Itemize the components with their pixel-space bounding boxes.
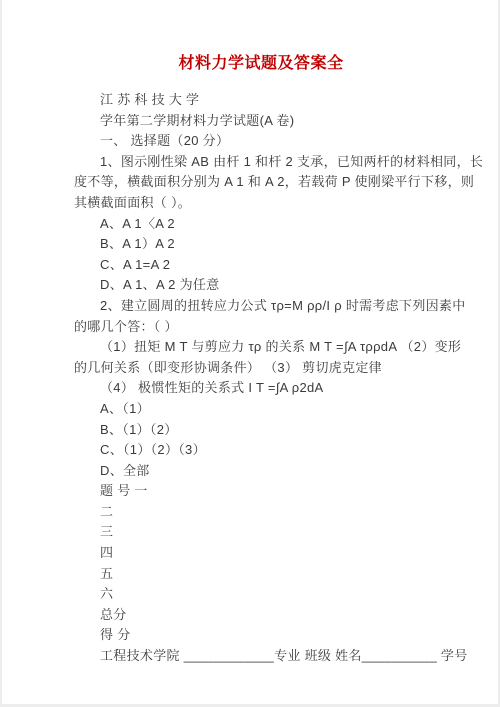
text-line: （1）扭矩 M T 与剪应力 τρ 的关系 M T =∫A τρρdA （2）变… — [74, 337, 448, 358]
text-line: D、全部 — [74, 461, 448, 482]
text-line: A、（1） — [74, 399, 448, 420]
text-line: 学年第二学期材料力学试题(A 卷) — [74, 111, 448, 132]
text-line: 的几何关系（即变形协调条件） （3） 剪切虎克定律 — [74, 358, 448, 379]
text-line: A、A 1〈A 2 — [74, 214, 448, 235]
text-line: 五 — [74, 564, 448, 585]
text-line: 四 — [74, 543, 448, 564]
text-line: 1、图示刚性梁 AB 由杆 1 和杆 2 支承，已知两杆的材料相同，长 — [74, 152, 448, 173]
text-line: B、A 1）A 2 — [74, 234, 448, 255]
text-line: 六 — [74, 584, 448, 605]
text-line: C、（1）（2）（3） — [74, 440, 448, 461]
text-line: 的哪几个答：（ ） — [74, 317, 448, 338]
text-line: 其横截面面积（ ）。 — [74, 193, 448, 214]
text-line: C、A 1=A 2 — [74, 255, 448, 276]
page: 材料力学试题及答案全 江 苏 科 技 大 学学年第二学期材料力学试题(A 卷)一… — [2, 0, 498, 704]
text-line: 江 苏 科 技 大 学 — [74, 90, 448, 111]
text-line: B、（1）（2） — [74, 420, 448, 441]
text-line: 三 — [74, 522, 448, 543]
document-title: 材料力学试题及答案全 — [74, 50, 448, 73]
text-line: D、A 1、A 2 为任意 — [74, 275, 448, 296]
text-line: （4） 极惯性矩的关系式 I T =∫A ρ2dA — [74, 378, 448, 399]
text-line: 度不等，横截面积分别为 A 1 和 A 2，若载荷 P 使刚梁平行下移，则 — [74, 172, 448, 193]
text-line: 题 号 一 — [74, 481, 448, 502]
text-line: 2、建立圆周的扭转应力公式 τρ=M ρρ/I ρ 时需考虑下列因素中 — [74, 296, 448, 317]
text-line: 工程技术学院 ____________专业 班级 姓名__________ 学号 — [74, 646, 448, 667]
document-canvas: 材料力学试题及答案全 江 苏 科 技 大 学学年第二学期材料力学试题(A 卷)一… — [0, 0, 500, 707]
document-body: 江 苏 科 技 大 学学年第二学期材料力学试题(A 卷)一、 选择题（20 分）… — [74, 90, 448, 667]
text-line: 一、 选择题（20 分） — [74, 131, 448, 152]
text-line: 总分 — [74, 605, 448, 626]
text-line: 二 — [74, 502, 448, 523]
text-line: 得 分 — [74, 625, 448, 646]
